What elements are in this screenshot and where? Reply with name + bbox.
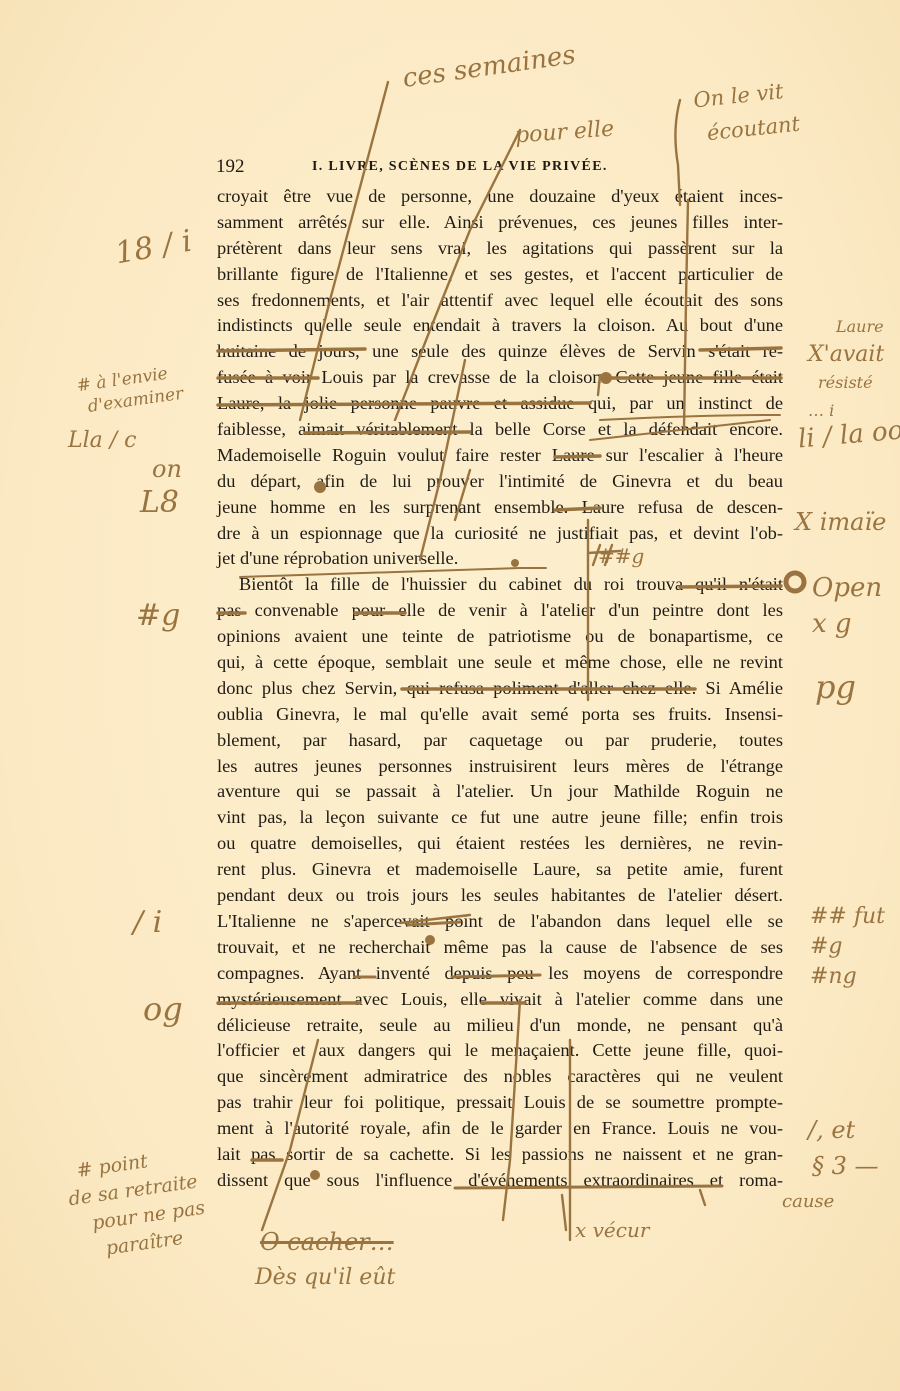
text-line: donc plus chez Servin, qui refusa polime… — [217, 676, 783, 702]
text-line: fusée à voir Louis par la crevasse de la… — [217, 365, 783, 391]
text-line: brillante figure de l'Italienne, et ses … — [217, 262, 783, 288]
annotation-right-4: Open x g — [812, 570, 882, 642]
annotation-left-3: Lla / c — [68, 428, 136, 453]
annotation-bottom-mid-1: O cacher… — [260, 1228, 394, 1256]
running-head: 192 I. LIVRE, SCÈNES DE LA VIE PRIVÉE. — [216, 156, 784, 180]
text-line: ment à l'autorité royale, afin de le gar… — [217, 1116, 783, 1142]
text-line: mystérieusement avec Louis, elle vivait … — [217, 987, 783, 1013]
annotation-top-right: On le vit écoutant — [692, 73, 802, 151]
text-line: Laure, la jolie personne pauvre et assid… — [217, 391, 783, 417]
text-line: jet d'une réprobation universelle. — [217, 546, 783, 572]
annotation-bottom-mid-2: Dès qu'il eût — [255, 1265, 395, 1290]
text-line: pas trahir leur foi politique, pressait … — [217, 1090, 783, 1116]
text-line: trouvait, et ne recherchait même pas la … — [217, 935, 783, 961]
text-line: huitaine de jours, une seule des quinze … — [217, 339, 783, 365]
annotation-left-7: / i — [133, 905, 162, 940]
annotation-right-6: ## fut #g #ng — [810, 902, 885, 992]
text-line: l'officier et aux dangers qui le menaçai… — [217, 1038, 783, 1064]
text-line: vint pas, la leçon suivante ce fut une a… — [217, 805, 783, 831]
annotation-left-1: 18 / i — [113, 224, 195, 272]
annotation-left-6: #g — [136, 598, 180, 633]
text-line: Bientôt la fille de l'huissier du cabine… — [217, 572, 783, 598]
annotation-top-semaines: ces semaines — [401, 40, 578, 94]
manuscript-page: 192 I. LIVRE, SCÈNES DE LA VIE PRIVÉE. c… — [0, 0, 900, 1391]
text-line: oublia Ginevra, le mal qu'elle avait sem… — [217, 702, 783, 728]
annotation-left-2: # à l'envie d'examiner — [75, 361, 184, 419]
text-line: dre à un espionnage que la curiosité ne … — [217, 521, 783, 547]
text-line: samment arrêtés sur elle. Ainsi prévenue… — [217, 210, 783, 236]
annotation-left-8: og — [143, 990, 183, 1028]
annotation-right-7: /, et § 3 — cause — [808, 1112, 879, 1220]
annotation-left-4: on — [152, 455, 182, 483]
text-line: dissent que sous l'influence d'événement… — [217, 1168, 783, 1194]
text-line: du départ, afin de lui prouver l'intimit… — [217, 469, 783, 495]
text-line: opinions avaient une teinte de patriotis… — [217, 624, 783, 650]
annotation-bottom-right: x vécur — [575, 1218, 649, 1242]
annotation-right-5: pg — [815, 668, 856, 706]
text-line: les autres jeunes personnes instruisiren… — [217, 754, 783, 780]
text-line: faiblesse, aimait véritablement la belle… — [217, 417, 783, 443]
text-line: prétèrent dans leur sens vrai, les agita… — [217, 236, 783, 262]
text-line: pas convenable pour elle de venir à l'at… — [217, 598, 783, 624]
text-line: rent plus. Ginevra et mademoiselle Laure… — [217, 857, 783, 883]
annotation-right-1: Laure X'avait résisté … i — [808, 313, 884, 425]
text-line: L'Italienne ne s'apercevait point de l'a… — [217, 909, 783, 935]
text-line: blement, par hasard, par caquetage ou pa… — [217, 728, 783, 754]
text-line: ses fredonnements, et l'air attentif ave… — [217, 288, 783, 314]
annotation-bottom-left: # point de sa retraite pour ne pas paraî… — [63, 1141, 210, 1267]
text-line: lait pas sortir de sa cachette. Si les p… — [217, 1142, 783, 1168]
printed-body-text: croyait être vue de personne, une douzai… — [217, 184, 783, 1194]
annotation-right-3: X imaïe — [795, 508, 886, 536]
annotation-top-pour-elle: pour elle — [514, 117, 615, 149]
text-line: compagnes. Ayant inventé depuis peu les … — [217, 961, 783, 987]
annotation-left-5: L8 — [140, 485, 179, 520]
text-line: jeune homme en les surprenant ensemble. … — [217, 495, 783, 521]
page-number: 192 — [216, 156, 245, 178]
text-line: croyait être vue de personne, une douzai… — [217, 184, 783, 210]
text-line: indistincts qu'elle seule entendait à tr… — [217, 313, 783, 339]
text-line: aventure qui se passait à l'atelier. Un … — [217, 779, 783, 805]
text-line: pendant deux ou trois jours les seules h… — [217, 883, 783, 909]
text-line: délicieuse retraite, seule au milieu d'u… — [217, 1013, 783, 1039]
text-line: qui, à cette époque, semblait une seule … — [217, 650, 783, 676]
running-head-title: I. LIVRE, SCÈNES DE LA VIE PRIVÉE. — [312, 159, 608, 175]
text-line: Mademoiselle Roguin voulut faire rester … — [217, 443, 783, 469]
text-line: que sincèrement admiratrice des nobles c… — [217, 1064, 783, 1090]
text-line: ou quatre demoiselles, qui étaient resté… — [217, 831, 783, 857]
annotation-mid-1: ##g — [598, 544, 644, 568]
